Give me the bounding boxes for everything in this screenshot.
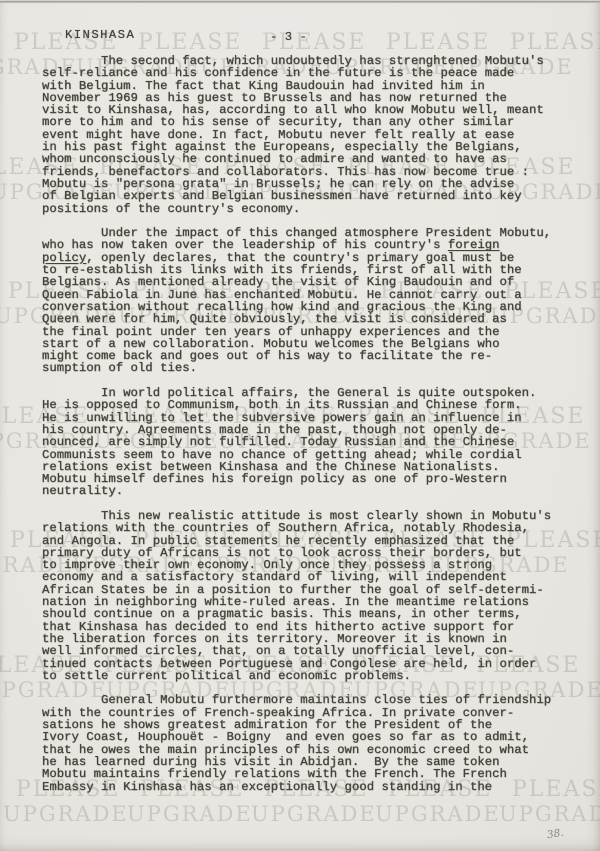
watermark-word: PLEASE <box>138 32 243 54</box>
text-line: relations with the countries of Southern… <box>42 522 562 534</box>
text-line: more to him and to his sense of security… <box>42 116 562 128</box>
text-line: economy and a satisfactory standard of l… <box>42 571 562 583</box>
watermark-word: UPGRADE <box>251 804 377 825</box>
scan-top-edge <box>0 0 600 3</box>
paragraph: This new realistic attitude is most clea… <box>42 510 562 682</box>
watermark-word: PLEASE <box>386 32 491 54</box>
text-line: of Belgian experts and Belgian businessm… <box>42 190 562 202</box>
text-line: Embassy in Kinshasa has an exceptionally… <box>42 781 562 793</box>
document-location: KINSHASA <box>65 28 135 42</box>
paragraph: The second fact, which undoubtedly has s… <box>42 55 562 215</box>
text-line: well informed circles, that, on a totall… <box>42 645 562 657</box>
paragraph: General Mobutu furthermore maintains clo… <box>42 694 562 792</box>
text-line: should continue on a pragmatic basis. Th… <box>42 608 562 620</box>
text-line: Belgians. As mentioned already the visit… <box>42 276 562 288</box>
text-line: self-reliance and his confidence in the … <box>42 67 562 79</box>
text-line: neutrality. <box>42 485 562 497</box>
watermark-word: UPGRADE <box>375 804 501 825</box>
text-line: who has now taken over the leadership of… <box>42 239 562 251</box>
text-line: Mobutu maintains friendly relations with… <box>42 768 562 780</box>
text-line: the final point under ten years of unhap… <box>42 326 562 338</box>
text-line: Ivory Coast, Houphouët - Boigny and even… <box>42 731 562 743</box>
text-line: nounced, are simply not fulfilled. Today… <box>42 436 562 448</box>
watermark-word: UPGRADE <box>127 804 253 825</box>
text-line: sumption of old ties. <box>42 362 562 374</box>
text-line: General Mobutu furthermore maintains clo… <box>42 694 562 706</box>
text-line: to settle current political and economic… <box>42 670 562 682</box>
scanned-document-page: PLEASEUPGRADEPLEASEUPGRADEPLEASEUPGRADEP… <box>0 0 600 851</box>
text-line: whom unconsciously he continued to admir… <box>42 153 562 165</box>
text-line: He is opposed to Communism, both in its … <box>42 399 562 411</box>
text-line: positions of the country's economy. <box>42 203 562 215</box>
watermark-word: UPGRADE <box>499 804 600 825</box>
text-line: Communists seem to have no chance of get… <box>42 449 562 461</box>
paragraph: Under the impact of this changed atmosph… <box>42 227 562 375</box>
watermark-word: UPGRADE <box>3 804 129 825</box>
sheet-number-mark: 38. <box>546 827 565 842</box>
text-line: tinued contacts between Portuguese and C… <box>42 658 562 670</box>
watermark-word: PLEASE <box>510 32 600 54</box>
document-body: The second fact, which undoubtedly has s… <box>42 55 562 793</box>
text-line: Queen were for him, Quite obviously, the… <box>42 313 562 325</box>
page-number: - 3 - <box>270 30 307 44</box>
paragraph: In world political affairs, the General … <box>42 387 562 498</box>
